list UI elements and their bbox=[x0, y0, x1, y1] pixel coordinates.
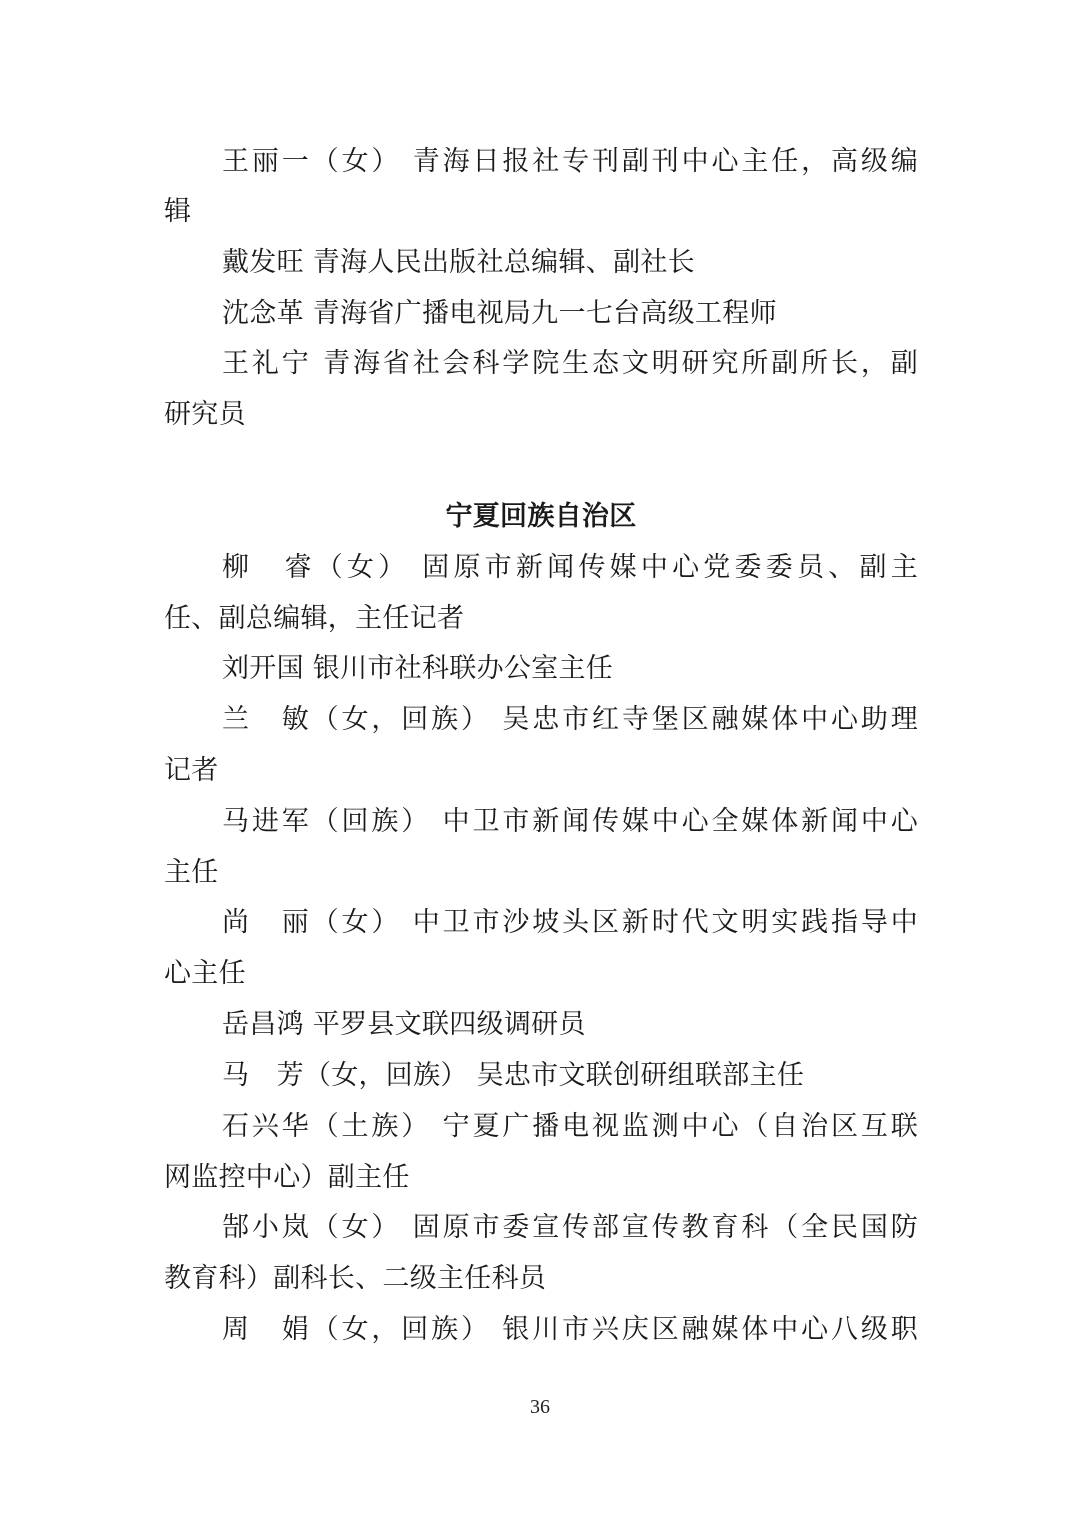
entry-line: 王礼宁 青海省社会科学院生态文明研究所副所长，副 bbox=[222, 344, 918, 384]
document-page: 王丽一（女） 青海日报社专刊副刊中心主任，高级编 辑 戴发旺 青海人民出版社总编… bbox=[0, 0, 1080, 1526]
entry-line: 石兴华（土族） 宁夏广播电视监测中心（自治区互联 bbox=[222, 1107, 918, 1147]
entry-line: 马进军（回族） 中卫市新闻传媒中心全媒体新闻中心 bbox=[222, 802, 918, 842]
entry-line-continuation: 任、副总编辑，主任记者 bbox=[164, 599, 918, 639]
entry-line-continuation: 辑 bbox=[164, 192, 918, 232]
entry-line: 兰 敏（女，回族） 吴忠市红寺堡区融媒体中心助理 bbox=[222, 700, 918, 740]
entry-line-continuation: 网监控中心）副主任 bbox=[164, 1158, 918, 1198]
entry-line: 郜小岚（女） 固原市委宣传部宣传教育科（全民国防 bbox=[222, 1208, 918, 1248]
page-number: 36 bbox=[0, 1396, 1080, 1419]
entry-line: 尚 丽（女） 中卫市沙坡头区新时代文明实践指导中 bbox=[222, 903, 918, 943]
entry-line-continuation: 研究员 bbox=[164, 395, 918, 435]
entry-line: 沈念革 青海省广播电视局九一七台高级工程师 bbox=[222, 294, 918, 334]
entry-line: 岳昌鸿 平罗县文联四级调研员 bbox=[222, 1005, 918, 1045]
entry-line: 周 娟（女，回族） 银川市兴庆区融媒体中心八级职 bbox=[222, 1310, 918, 1350]
entry-line-continuation: 心主任 bbox=[164, 954, 918, 994]
entry-line: 柳 睿（女） 固原市新闻传媒中心党委委员、副主 bbox=[222, 548, 918, 588]
entry-line-continuation: 记者 bbox=[164, 751, 918, 791]
entry-line-continuation: 主任 bbox=[164, 853, 918, 893]
entry-line: 马 芳（女，回族） 吴忠市文联创研组联部主任 bbox=[222, 1056, 918, 1096]
entry-line: 刘开国 银川市社科联办公室主任 bbox=[222, 649, 918, 689]
section-heading: 宁夏回族自治区 bbox=[164, 497, 918, 537]
entry-line-continuation: 教育科）副科长、二级主任科员 bbox=[164, 1259, 918, 1299]
entry-line: 王丽一（女） 青海日报社专刊副刊中心主任，高级编 bbox=[222, 142, 918, 182]
entry-line: 戴发旺 青海人民出版社总编辑、副社长 bbox=[222, 243, 918, 283]
